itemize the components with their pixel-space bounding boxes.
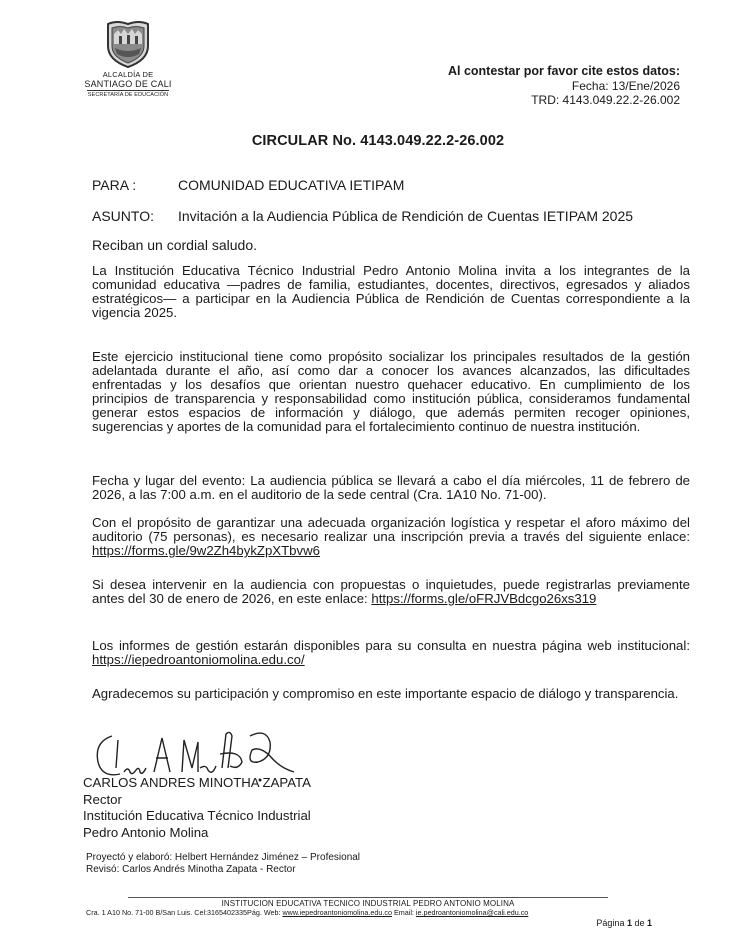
citation-block: Al contestar por favor cite estos datos:… xyxy=(448,64,680,108)
paragraph-reports: Los informes de gestión estarán disponib… xyxy=(92,639,690,667)
paragraph-registration: Con el propósito de garantizar una adecu… xyxy=(92,516,690,558)
page-prefix: Página xyxy=(596,918,627,928)
logo-divider xyxy=(87,90,169,91)
recipient-field: PARA :COMUNIDAD EDUCATIVA IETIPAM xyxy=(92,177,404,193)
page-total: 1 xyxy=(647,918,652,928)
footer-email-label: Email: xyxy=(392,908,416,917)
citation-date: Fecha: 13/Ene/2026 xyxy=(448,79,680,94)
paragraph-thanks: Agradecemos su participación y compromis… xyxy=(92,687,690,701)
footer-institution: INSTITUCION EDUCATIVA TECNICO INDUSTRIAL… xyxy=(0,899,736,908)
citation-heading: Al contestar por favor cite estos datos: xyxy=(448,64,680,79)
paragraph-event-details: Fecha y lugar del evento: La audiencia p… xyxy=(92,474,690,502)
logo-line-3: SECRETARÍA DE EDUCACIÓN xyxy=(78,92,178,99)
subject-label: ASUNTO: xyxy=(92,208,178,224)
subject-value: Invitación a la Audiencia Pública de Ren… xyxy=(178,208,633,224)
coat-of-arms-icon xyxy=(105,20,151,68)
website-link[interactable]: https://iepedroantoniomolina.edu.co/ xyxy=(92,652,305,667)
footer-contact: Cra. 1 A10 No. 71-00 B/San Luis. Cel:316… xyxy=(86,908,528,917)
footer-divider xyxy=(128,897,608,898)
recipient-label: PARA : xyxy=(92,177,178,193)
logo-line-1: ALCALDÍA DE xyxy=(78,70,178,79)
citation-trd: TRD: 4143.049.22.2-26.002 xyxy=(448,93,680,108)
greeting: Reciban un cordial saludo. xyxy=(92,238,690,252)
intervention-link[interactable]: https://forms.gle/oFRJVBdcgo26xs319 xyxy=(371,591,596,606)
circular-title: CIRCULAR No. 4143.049.22.2-26.002 xyxy=(0,133,736,149)
prepared-by: Proyectó y elaboró: Helbert Hernández Ji… xyxy=(86,852,360,864)
paragraph-purpose: Este ejercicio institucional tiene como … xyxy=(92,350,690,434)
page-number: Página 1 de 1 xyxy=(596,918,652,928)
footer-web-link[interactable]: www.iepedroantoniomolina.edu.co xyxy=(282,908,391,917)
subject-field: ASUNTO:Invitación a la Audiencia Pública… xyxy=(92,208,633,224)
signer-institution-line-2: Pedro Antonio Molina xyxy=(83,825,311,842)
reports-text: Los informes de gestión estarán disponib… xyxy=(92,638,690,653)
signer-block: CARLOS ANDRES MINOTHA ZAPATA Rector Inst… xyxy=(83,775,311,841)
paragraph-invitation: La Institución Educativa Técnico Industr… xyxy=(92,264,690,320)
footer-email-link[interactable]: ie.pedroantoniomolina@cali.edu.co xyxy=(416,908,528,917)
reviewed-by: Revisó: Carlos Andrés Minotha Zapata - R… xyxy=(86,864,360,876)
alcaldia-logo: ALCALDÍA DE SANTIAGO DE CALI SECRETARÍA … xyxy=(78,20,178,99)
logo-line-2: SANTIAGO DE CALI xyxy=(78,79,178,89)
recipient-value: COMUNIDAD EDUCATIVA IETIPAM xyxy=(178,177,404,193)
signer-role: Rector xyxy=(83,792,311,809)
footer-address: Cra. 1 A10 No. 71-00 B/San Luis. Cel:316… xyxy=(86,908,282,917)
registration-text: Con el propósito de garantizar una adecu… xyxy=(92,515,690,544)
page-of: de xyxy=(632,918,647,928)
signer-name: CARLOS ANDRES MINOTHA ZAPATA xyxy=(83,775,311,792)
credits: Proyectó y elaboró: Helbert Hernández Ji… xyxy=(86,852,360,876)
signer-institution-line-1: Institución Educativa Técnico Industrial xyxy=(83,808,311,825)
registration-link[interactable]: https://forms.gle/9w2Zh4bykZpXTbvw6 xyxy=(92,543,320,558)
paragraph-intervention: Si desea intervenir en la audiencia con … xyxy=(92,578,690,606)
